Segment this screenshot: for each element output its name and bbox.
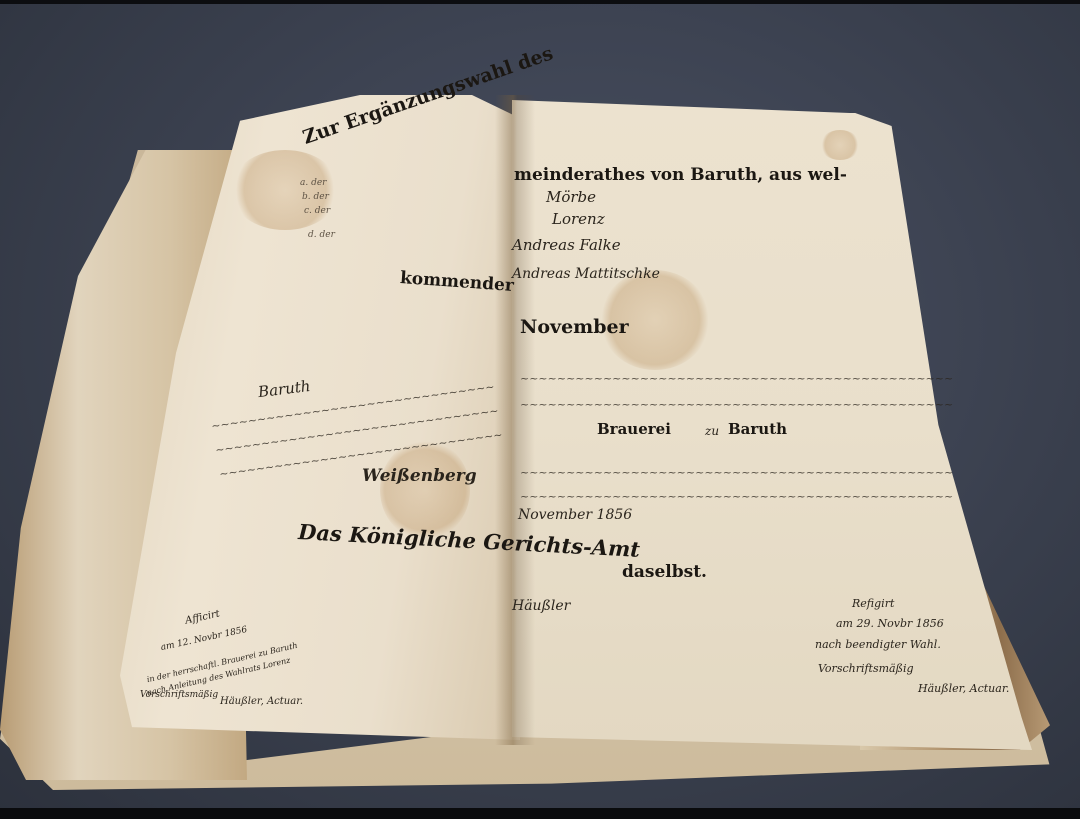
name-moerbe: Mörbe bbox=[546, 188, 596, 206]
margin-note-line: Vorschriftsmäßig bbox=[818, 662, 914, 675]
name-mattitschke: Andreas Mattitschke bbox=[512, 266, 660, 282]
margin-note-line: Refigirt bbox=[852, 597, 894, 610]
signature-block-tail: daselbst. bbox=[622, 562, 707, 582]
highlight-brauerei: Brauerei bbox=[597, 420, 671, 438]
bottom-letterbox-bar bbox=[0, 808, 1080, 819]
left-body-weissenberg: Weißenberg bbox=[362, 466, 477, 486]
margin-note-line: Vorschriftsmäßig bbox=[140, 690, 218, 700]
highlight-baruth: Baruth bbox=[728, 420, 787, 438]
month-november: November bbox=[520, 316, 629, 338]
official-signature: Häußler bbox=[512, 598, 570, 614]
handwritten-line: ~~~~~~~~~~~~~~~~~~~~~~~~~~~~~~~~~~~~~~~~… bbox=[520, 372, 953, 385]
name-falke: Andreas Falke bbox=[512, 236, 621, 254]
right-heading: meinderathes von Baruth, aus wel- bbox=[514, 165, 847, 185]
margin-note-line: am 29. Novbr 1856 bbox=[836, 617, 944, 630]
book-photo-scene: Zur Ergänzungswahl des a. der b. der c. … bbox=[0, 0, 1080, 819]
water-stain bbox=[820, 130, 860, 160]
handwritten-line: ~~~~~~~~~~~~~~~~~~~~~~~~~~~~~~~~~~~~~~~~… bbox=[520, 398, 953, 411]
list-marker-c: c. der bbox=[304, 206, 330, 216]
highlight-zu: zu bbox=[705, 424, 719, 438]
name-lorenz: Lorenz bbox=[552, 210, 605, 228]
handwritten-line: ~~~~~~~~~~~~~~~~~~~~~~~~~~~~~~~~~~~~~~~~… bbox=[520, 490, 953, 503]
margin-note-signature: Häußler, Actuar. bbox=[220, 696, 303, 707]
list-marker-d: d. der bbox=[308, 230, 335, 240]
handwritten-line: ~~~~~~~~~~~~~~~~~~~~~~~~~~~~~~~~~~~~~~~~… bbox=[520, 466, 953, 479]
margin-note-signature: Häußler, Actuar. bbox=[918, 682, 1009, 695]
closing-date: November 1856 bbox=[518, 507, 632, 523]
book-gutter-shadow bbox=[495, 95, 535, 745]
margin-note-line: nach beendigter Wahl. bbox=[815, 638, 941, 651]
list-marker-a: a. der bbox=[300, 178, 326, 188]
list-marker-b: b. der bbox=[302, 192, 329, 202]
water-stain bbox=[230, 150, 340, 230]
